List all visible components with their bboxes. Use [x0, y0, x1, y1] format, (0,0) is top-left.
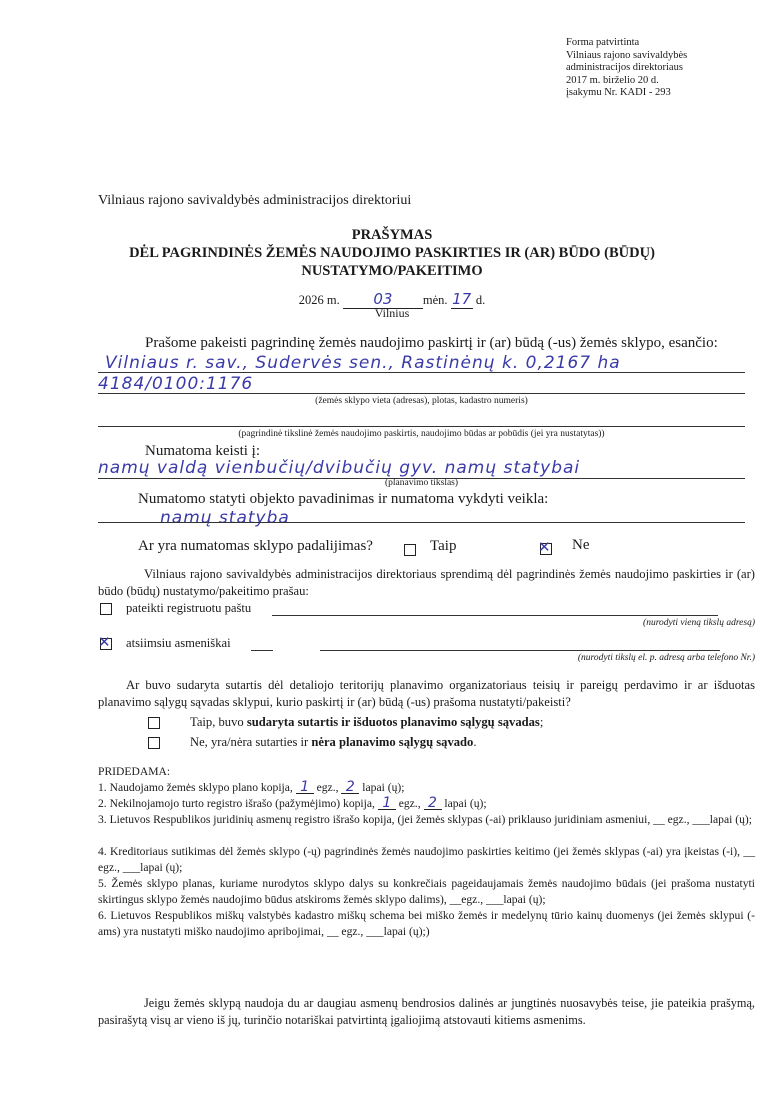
delivery-personal-field[interactable] [320, 650, 720, 651]
current-use-caption: (pagrindinė tikslinė žemės naudojimo pas… [98, 429, 745, 439]
delivery-mail-checkbox[interactable] [100, 603, 112, 615]
document-subtitle: DĖL PAGRINDINĖS ŽEMĖS NAUDOJIMO PASKIRTI… [0, 245, 784, 262]
contract-no-bold: nėra planavimo sąlygų sąvado [311, 735, 473, 749]
egz-label: egz., [314, 781, 342, 794]
attachment-item: 2. Nekilnojamojo turto registro išrašo (… [98, 796, 755, 812]
division-yes-checkbox[interactable] [404, 544, 416, 556]
document-subtitle-2: NUSTATYMO/PAKEITIMO [0, 263, 784, 280]
attachment-item: 6. Lietuvos Respublikos miškų valstybės … [98, 908, 755, 940]
attachments-heading: PRIDEDAMA: [98, 764, 755, 780]
attachment-text: 1. Naudojamo žemės sklypo plano kopija, [98, 781, 296, 794]
underline [98, 426, 745, 427]
document-title: PRAŠYMAS [0, 227, 784, 244]
lapai-label: lapai (ų); [442, 797, 487, 810]
underline [98, 372, 745, 373]
lapai-field[interactable]: 2 [341, 781, 359, 794]
request-intro: Prašome pakeisti pagrindinę žemės naudoj… [145, 335, 718, 352]
contract-yes-suffix: ; [540, 715, 544, 729]
form-approval-note: Forma patvirtinta Vilniaus rajono saviva… [566, 37, 687, 100]
day-label: d. [476, 293, 485, 307]
underline [98, 522, 745, 523]
contract-yes-label: Taip, buvo sudaryta sutartis ir išduotos… [190, 715, 543, 730]
underline [251, 650, 273, 651]
contract-no-checkbox[interactable] [148, 737, 160, 749]
lapai-label: lapai (ų); [359, 781, 404, 794]
object-label: Numatomo statyti objekto pavadinimas ir … [138, 491, 548, 508]
contract-yes-bold: sudaryta sutartis ir išduotos planavimo … [247, 715, 540, 729]
city: Vilnius [0, 306, 784, 321]
contract-question: Ar buvo sudaryta sutartis dėl detaliojo … [98, 677, 755, 711]
contract-yes-checkbox[interactable] [148, 717, 160, 729]
delivery-personal-caption: (nurodyti tikslų el. p. adresą arba tele… [480, 653, 755, 663]
egz-label: egz., [396, 797, 424, 810]
attachment-item: 3. Lietuvos Respublikos juridinių asmenų… [98, 812, 755, 828]
form-approval-line: 2017 m. birželio 20 d. [566, 75, 687, 88]
lapai-field[interactable]: 2 [424, 797, 442, 810]
object-field[interactable]: namų statyba [160, 508, 290, 528]
change-to-caption: (planavimo tikslas) [98, 478, 745, 488]
attachment-item: 5. Žemės sklypo planas, kuriame nurodyto… [98, 876, 755, 908]
contract-yes-prefix: Taip, buvo [190, 715, 247, 729]
delivery-mail-label: pateikti registruotu paštu [126, 601, 251, 616]
delivery-personal-label: atsiimsiu asmeniškai [126, 636, 231, 651]
contract-no-prefix: Ne, yra/nėra sutarties ir [190, 735, 311, 749]
form-approval-line: Forma patvirtinta [566, 37, 687, 50]
decision-intro: Vilniaus rajono savivaldybės administrac… [98, 566, 755, 600]
contract-no-suffix: . [473, 735, 476, 749]
underline [98, 393, 745, 394]
change-to-field[interactable]: namų valdą vienbučių/dvibučių gyv. namų … [98, 458, 580, 478]
division-no-label: Ne [572, 537, 590, 554]
form-approval-line: įsakymu Nr. KADI - 293 [566, 87, 687, 100]
attachment-text: 2. Nekilnojamojo turto registro išrašo (… [98, 797, 378, 810]
form-approval-line: administracijos direktoriaus [566, 62, 687, 75]
division-question: Ar yra numatomas sklypo padalijimas? [138, 538, 373, 555]
location-caption: (žemės sklypo vieta (adresas), plotas, k… [98, 396, 745, 406]
addressee: Vilniaus rajono savivaldybės administrac… [98, 193, 411, 209]
location-field-line2[interactable]: 4184/0100:1176 [98, 374, 253, 394]
division-yes-label: Taip [430, 538, 456, 555]
footer-note: Jeigu žemės sklypą naudoja du ar daugiau… [98, 995, 755, 1029]
delivery-personal-checkbox[interactable] [100, 638, 112, 650]
delivery-mail-field[interactable] [272, 615, 718, 616]
egz-field[interactable]: 1 [296, 781, 314, 794]
form-approval-line: Vilniaus rajono savivaldybės [566, 50, 687, 63]
attachment-item: 1. Naudojamo žemės sklypo plano kopija, … [98, 780, 755, 796]
egz-field[interactable]: 1 [378, 797, 396, 810]
division-no-checkbox[interactable] [540, 543, 552, 555]
contract-no-label: Ne, yra/nėra sutarties ir nėra planavimo… [190, 735, 477, 750]
year-label: 2026 m. [299, 293, 340, 307]
attachment-item: 4. Kreditoriaus sutikimas dėl žemės skly… [98, 844, 755, 876]
month-label: mėn. [423, 293, 448, 307]
delivery-mail-caption: (nurodyti vieną tikslų adresą) [500, 618, 755, 628]
location-field-line1[interactable]: Vilniaus r. sav., Sudervės sen., Rastinė… [105, 353, 621, 373]
